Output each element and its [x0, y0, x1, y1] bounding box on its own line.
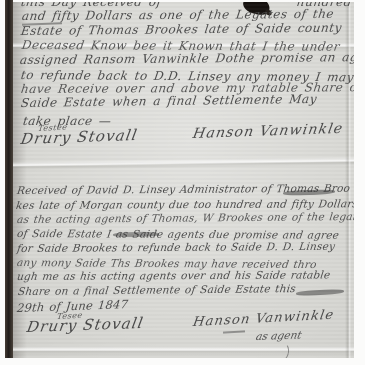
scanned-document-page: this Day Received of hundred and fifty D…: [0, 0, 365, 365]
paragraph2-line-4: of Saide Estate I as Saide agents due pr…: [16, 228, 340, 242]
witness-signature-drury-stovall-2: Drury Stovall: [25, 314, 145, 336]
paragraph2-line-7: ugh me as his acting agents over and his…: [16, 269, 331, 283]
paper-crease: [13, 157, 354, 171]
page-binding-edge: [5, 0, 13, 358]
paragraph2-line-2: kes late of Morgan county due too hundre…: [15, 198, 354, 212]
signature-hanson-vanwinkle-1: Hanson Vanwinkle: [192, 121, 345, 142]
paragraph2-line-1: Received of David D. Linsey Administrato…: [16, 183, 351, 197]
signature-hanson-vanwinkle-2: Hanson Vanwinkle: [192, 308, 336, 330]
signature-underline-flourish: [223, 330, 245, 333]
paragraph1-line-7: Saide Estate when a final Settlemente Ma…: [20, 92, 318, 110]
witness-signature-drury-stovall-1: Drury Stovall: [19, 126, 139, 148]
manuscript-paper: this Day Received of hundred and fifty D…: [13, 2, 354, 358]
paragraph2-line-5: for Saide Brookes to refunde back to Sai…: [16, 241, 336, 255]
ink-smudge: [296, 289, 344, 297]
paragraph1-line-2: Estate of Thomas Brookes late of Saide c…: [20, 21, 343, 38]
paragraph2-line-3: as the acting agents of Thomas, W Brooke…: [16, 211, 354, 226]
paragraph1-line-4: assigned Ransom Vanwinkle Dothe promise …: [19, 50, 354, 67]
paper-crease: [13, 346, 354, 355]
paragraph2-line-8: Share on a final Settlemente of Saide Es…: [17, 283, 296, 298]
